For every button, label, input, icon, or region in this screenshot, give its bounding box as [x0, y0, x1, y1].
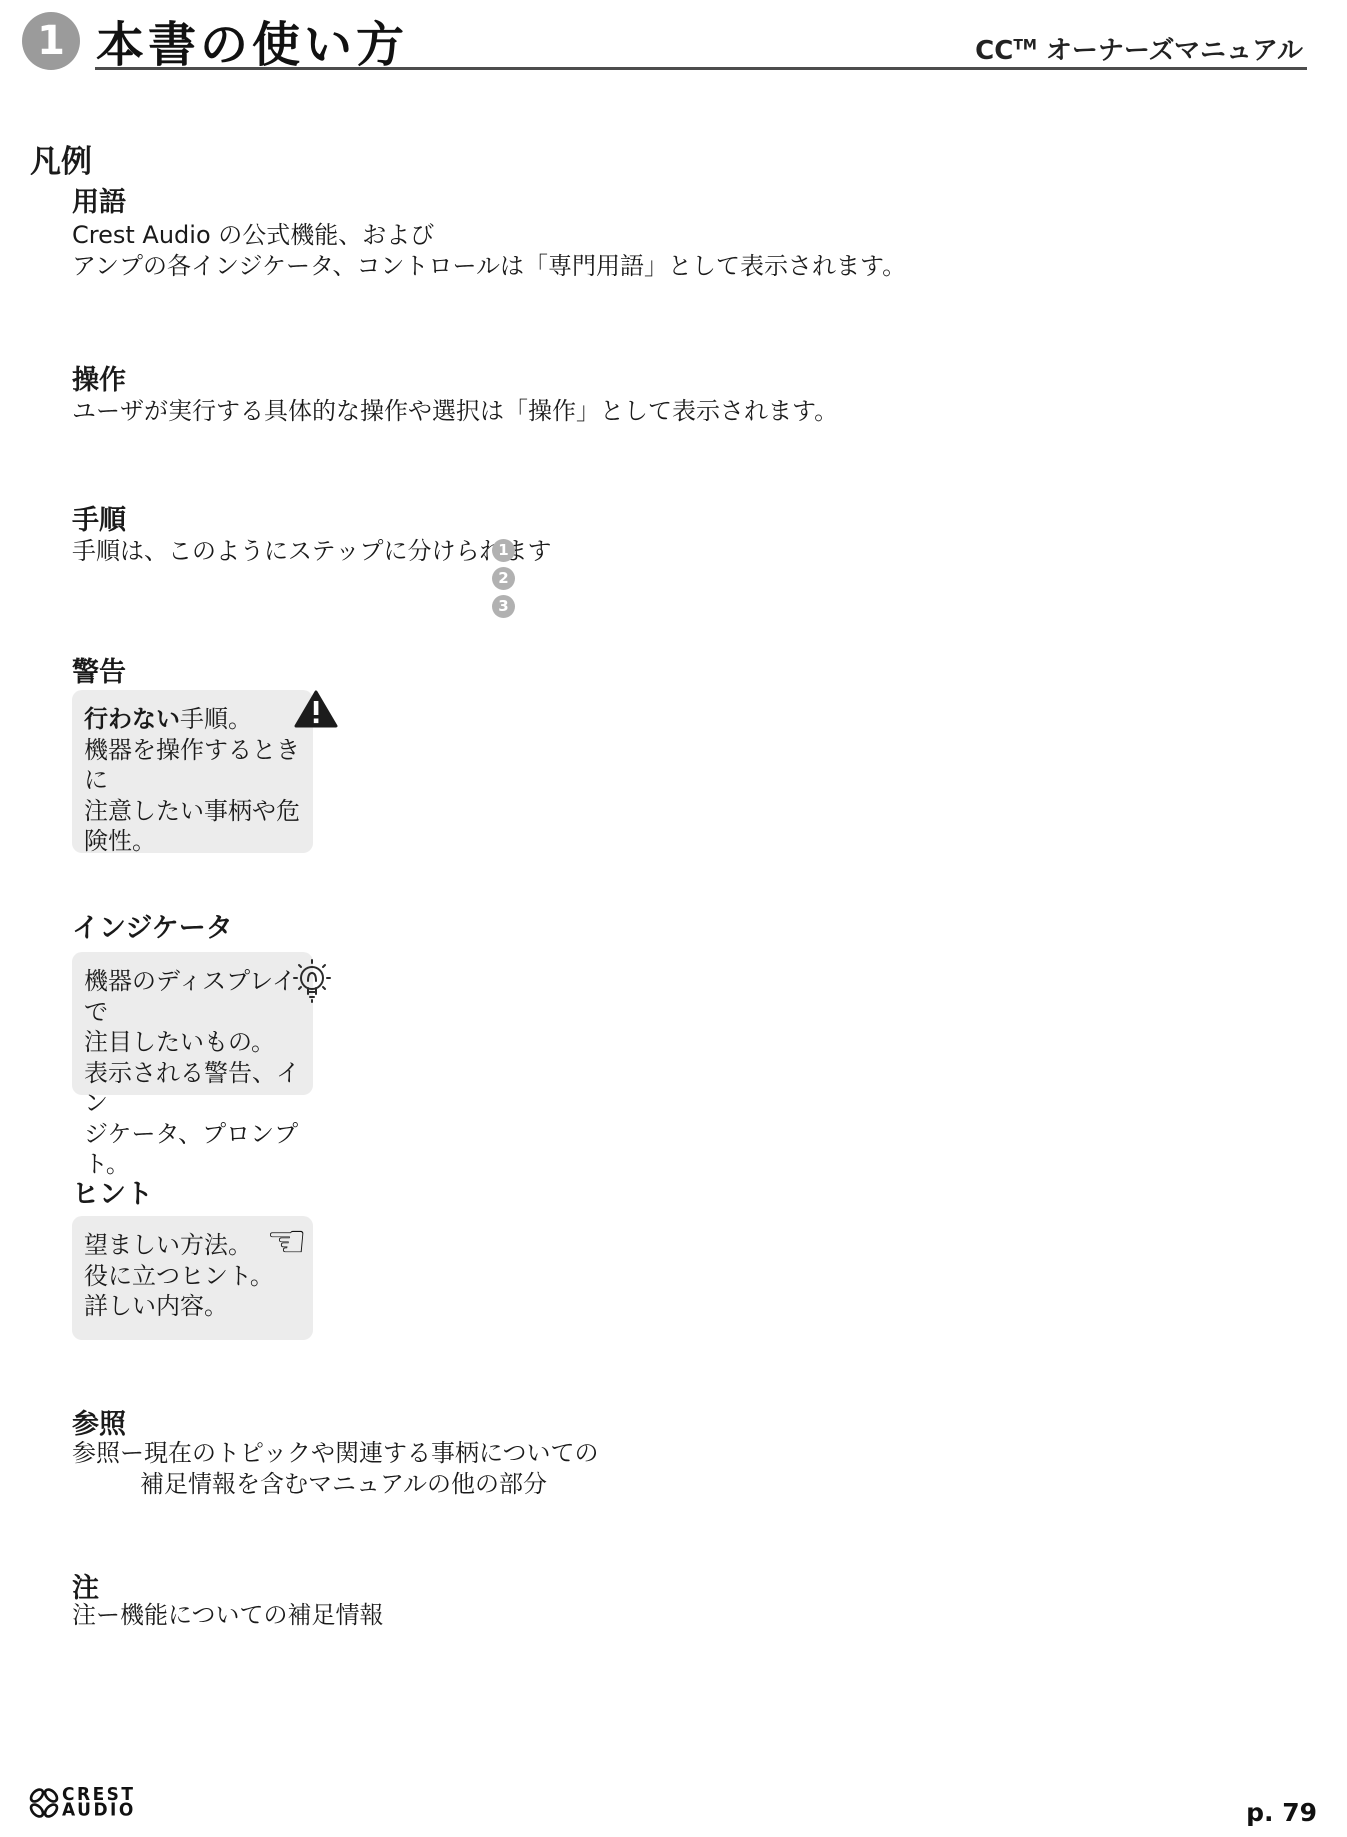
manual-title: CCTM オーナーズマニュアル — [975, 30, 1303, 67]
terms-heading: 用語 — [72, 180, 126, 219]
operations-heading: 操作 — [72, 358, 126, 397]
indicator-line-3: 表示される警告、イン — [84, 1059, 300, 1118]
warning-heading: 警告 — [72, 650, 126, 689]
warning-line-3: 注意したい事柄や危 — [84, 797, 300, 825]
indicator-line-4: ジケータ、プロンプト。 — [84, 1120, 298, 1179]
indicator-heading: インジケータ — [72, 906, 233, 945]
crest-audio-logo-text: CREST AUDIO — [62, 1787, 136, 1819]
manual-title-suffix: オーナーズマニュアル — [1037, 36, 1303, 66]
page-number: p. 79 — [1246, 1798, 1317, 1827]
procedures-heading: 手順 — [72, 498, 126, 537]
terms-line-2: アンプの各インジケータ、コントロールは「専門用語」として表示されます。 — [72, 252, 906, 280]
step-1-number: 1 — [498, 543, 508, 558]
lightbulb-icon — [289, 956, 335, 1008]
page-title: 本書の使い方 — [96, 6, 408, 75]
hint-line-1: 望ましい方法。 — [84, 1231, 252, 1259]
crest-audio-logo: CREST AUDIO — [28, 1786, 136, 1820]
step-3-badge: 3 — [492, 595, 515, 618]
reference-body: 参照ー現在のトピックや関連する事柄についての補足情報を含むマニュアルの他の部分 — [72, 1438, 599, 1500]
indicator-line-2: 注目したいもの。 — [84, 1028, 275, 1056]
warning-line-1-bold: 行わない — [84, 705, 180, 733]
note-body: 注ー機能についての補足情報 — [72, 1600, 384, 1631]
warning-triangle-icon — [294, 690, 338, 728]
hint-line-3: 詳しい内容。 — [84, 1292, 228, 1320]
warning-line-4: 険性。 — [84, 827, 156, 855]
legend-heading: 凡例 — [30, 136, 92, 181]
warning-line-2: 機器を操作するときに — [84, 736, 300, 795]
reference-heading: 参照 — [72, 1402, 126, 1441]
warning-box: 行わない手順。 機器を操作するときに 注意したい事柄や危 険性。 — [72, 690, 313, 853]
indicator-box: 機器のディスプレイで 注目したいもの。 表示される警告、イン ジケータ、プロンプ… — [72, 952, 313, 1095]
pointing-hand-icon: ☜ — [266, 1218, 307, 1264]
chapter-number-badge: 1 — [22, 12, 80, 70]
hint-line-2: 役に立つヒント。 — [84, 1262, 274, 1290]
procedures-body: 手順は、このようにステップに分けられます — [72, 536, 552, 567]
header-rule — [95, 67, 1307, 70]
terms-body: Crest Audio の公式機能、およびアンプの各インジケータ、コントロールは… — [72, 220, 906, 282]
reference-line-2: 補足情報を含むマニュアルの他の部分 — [72, 1469, 599, 1500]
manual-title-prefix: CC — [975, 36, 1013, 66]
step-2-badge: 2 — [492, 567, 515, 590]
step-3-number: 3 — [498, 599, 508, 614]
terms-line-1: Crest Audio の公式機能、および — [72, 221, 434, 249]
reference-line-1: 参照ー現在のトピックや関連する事柄についての — [72, 1439, 599, 1467]
step-1-badge: 1 — [492, 539, 515, 562]
operations-body: ユーザが実行する具体的な操作や選択は「操作」として表示されます。 — [72, 396, 838, 427]
chapter-number: 1 — [37, 21, 65, 61]
step-2-number: 2 — [498, 571, 508, 586]
indicator-line-1: 機器のディスプレイで — [84, 967, 296, 1026]
trademark-symbol: TM — [1013, 37, 1036, 53]
manual-page: 1 本書の使い方 CCTM オーナーズマニュアル 凡例 用語 Crest Aud… — [0, 0, 1347, 1837]
logo-line-audio: AUDIO — [62, 1803, 136, 1819]
crest-audio-logo-icon — [28, 1786, 60, 1820]
warning-line-1-rest: 手順。 — [180, 705, 252, 733]
hint-heading: ヒント — [72, 1172, 153, 1211]
